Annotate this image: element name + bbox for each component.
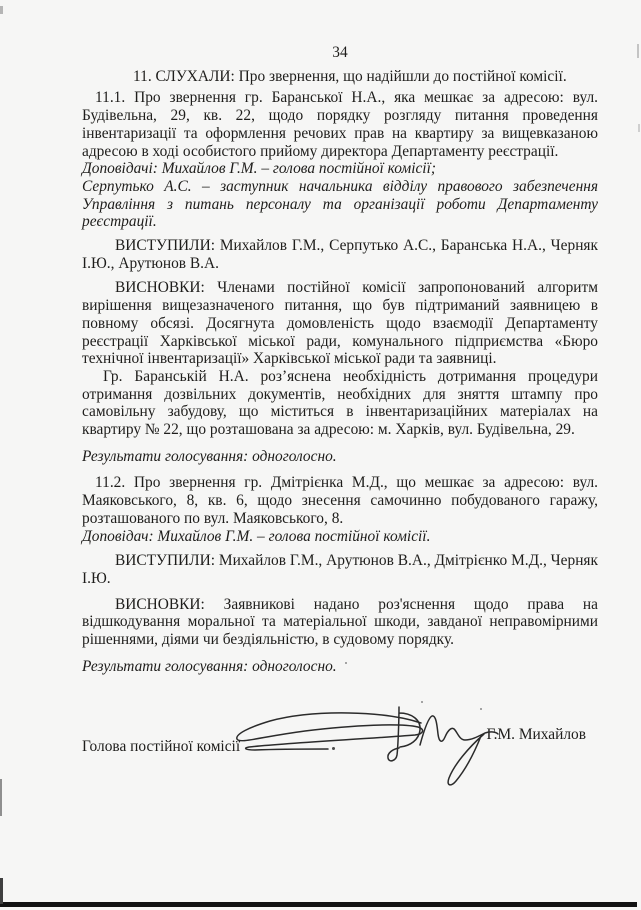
- ink-speck: [345, 662, 347, 664]
- document-content: 34 11. СЛУХАЛИ: Про звернення, що надійш…: [0, 0, 641, 755]
- scanned-document-page: 34 11. СЛУХАЛИ: Про звернення, що надійш…: [0, 0, 641, 910]
- agenda-heading: 11. СЛУХАЛИ: Про звернення, що надійшли …: [82, 68, 598, 86]
- scan-artifact-topleft-speck: [0, 6, 3, 14]
- item-11-2-rapporteur: Доповідач: Михайлов Г.М. – голова постій…: [82, 528, 598, 546]
- item-11-1-conclusions-2: Гр. Баранській Н.А. роз’яснена необхідні…: [82, 368, 598, 439]
- signature-ink-tail: [448, 734, 484, 785]
- item-11-1-spoke: ВИСТУПИЛИ: Михайлов Г.М., Серпутько А.С.…: [82, 237, 598, 272]
- scan-artifact-bottom-edge: [0, 902, 637, 907]
- item-11-1-rapporteurs-line-2: Серпутько А.С. – заступник начальника ві…: [82, 178, 598, 231]
- item-11-2-vote-result: Результати голосування: одноголосно.: [82, 658, 598, 676]
- handwritten-signature: [225, 703, 510, 795]
- signature-ink-loop: [237, 713, 423, 750]
- item-11-2-subject: 11.2. Про звернення гр. Дмітрієнка М.Д.,…: [82, 474, 598, 527]
- item-11-1-conclusions-1: ВИСНОВКИ: Членами постійної комісії запр…: [82, 279, 598, 368]
- scan-artifact-right-dash-2: [638, 124, 640, 132]
- item-11-1-vote-result: Результати голосування: одноголосно.: [82, 448, 598, 466]
- signer-title: Голова постійної комісії: [82, 738, 240, 756]
- item-11-1-rapporteurs-line-1: Доповідачі: Михайлов Г.М. – голова пості…: [82, 160, 598, 178]
- item-11-1-subject: 11.1. Про звернення гр. Баранської Н.А.,…: [82, 89, 598, 160]
- page-number: 34: [82, 44, 598, 62]
- signature-ink-letter-d: [388, 707, 420, 761]
- scan-artifact-left-edge-dark: [0, 878, 3, 904]
- item-11-2-spoke: ВИСТУПИЛИ: Михайлов Г.М., Арутюнов В.А.,…: [82, 552, 598, 587]
- signature-ink-letter-m: [420, 716, 498, 745]
- scan-artifact-right-dash-1: [637, 44, 639, 58]
- scan-artifact-left-edge-gray: [0, 779, 2, 816]
- item-11-2-conclusions: ВИСНОВКИ: Заявникові надано роз'яснення …: [82, 596, 598, 649]
